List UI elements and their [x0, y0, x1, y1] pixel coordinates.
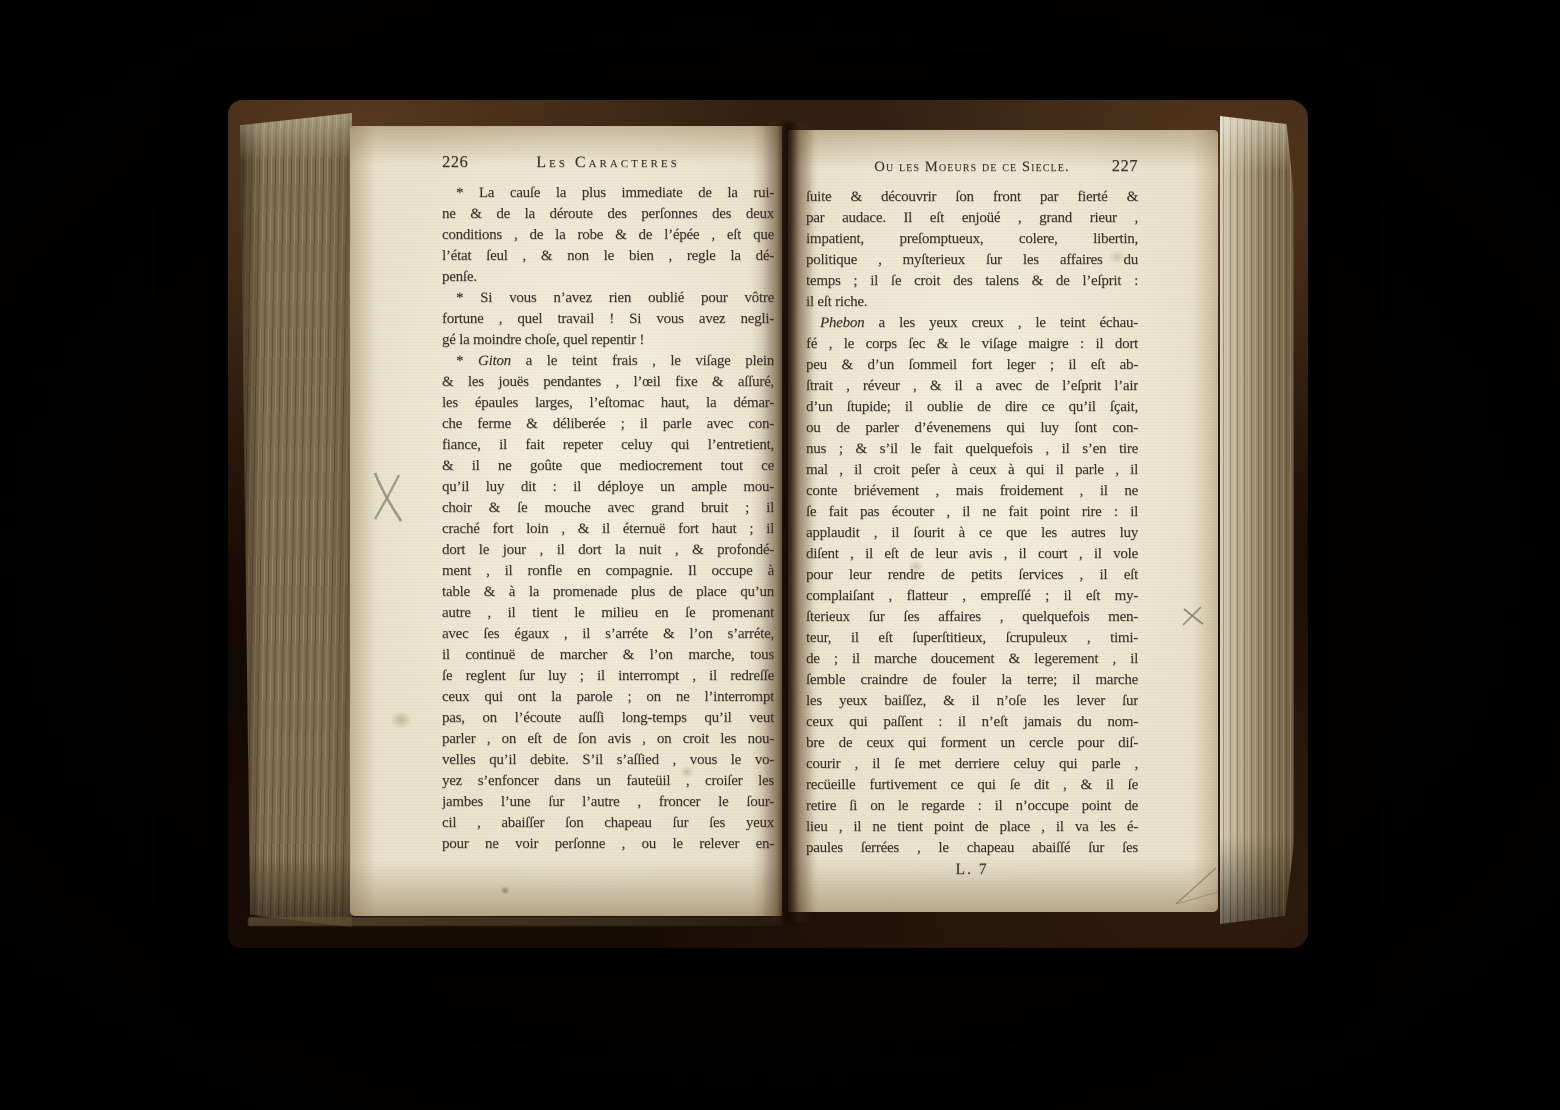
text-line: fortune , quel travail ! Si vous avez ne… [442, 309, 774, 330]
text-line: peu & d’un ſommeil fort leger ; il eſt a… [806, 355, 1138, 376]
text-line: nus ; & s’il le fait quelquefois , il s’… [806, 439, 1138, 460]
left-page-body: * La cauſe la plus immediate de la rui-n… [442, 183, 774, 855]
text-line: gé la moindre choſe, quel repentir ! [442, 330, 774, 351]
signature-mark: L. 7 [806, 859, 1138, 880]
right-page-number: 227 [1092, 156, 1138, 176]
text-line: * La cauſe la plus immediate de la rui- [442, 183, 774, 204]
text-line: conditions , de la robe & de l’épée , eſ… [442, 225, 774, 246]
right-page-body: ſuite & découvrir ſon front par fierté &… [806, 187, 1138, 859]
text-line: table & à la promenade plus de place qu’… [442, 582, 774, 603]
text-line: pour leur rendre de petits ſervices , il… [806, 565, 1138, 586]
right-running-title: Ou les Moeurs de ce Siecle. [852, 159, 1092, 176]
left-running-title: Les Caracteres [488, 154, 728, 172]
text-line: bre de ceux qui forment un cercle pour d… [806, 733, 1138, 754]
text-line: parler , on eſt de ſon avis , on croit l… [442, 729, 774, 750]
text-line: conte briévement , mais froidement , il … [806, 481, 1138, 502]
left-page-text: 226 Les Caracteres * La cauſe la plus im… [442, 152, 774, 855]
text-line: avec ſes égaux , il s’arréte & l’on s’ar… [442, 624, 774, 645]
photo-background: 226 Les Caracteres * La cauſe la plus im… [0, 0, 1560, 1110]
text-line: lieu , il ne tient point de place , il v… [806, 817, 1138, 838]
text-line: craché fort loin , & il éternuë fort hau… [442, 519, 774, 540]
text-line: ceux qui paſſent : il n’eſt jamais du no… [806, 712, 1138, 733]
text-line: temps ; il ſe croit des talens & de l’eſ… [806, 271, 1138, 292]
text-line: paules ſerrées , le chapeau abaiſſé ſur … [806, 838, 1138, 859]
text-line: cil , abaiſſer ſon chapeau ſur ſes yeux [442, 813, 774, 834]
foxing-stain [390, 711, 412, 729]
text-line: ment , il ronfle en compagnie. Il occupe… [442, 561, 774, 582]
text-line: ſterieux ſur ſes affaires , quelquefois … [806, 607, 1138, 628]
left-page-number: 226 [442, 152, 488, 172]
text-line: & les jouës pendantes , l’œil fixe & aſſ… [442, 372, 774, 393]
text-line: ſe fait pas écouter , il ne fait point r… [806, 502, 1138, 523]
text-line: complaiſant , flatteur , empreſſé ; il e… [806, 586, 1138, 607]
right-page: Ou les Moeurs de ce Siecle. 227 ſuite & … [788, 130, 1218, 912]
text-line: dort le jour , il dort la nuit , & profo… [442, 540, 774, 561]
text-line: autre , il tient le milieu en ſe promena… [442, 603, 774, 624]
text-line: ſtrait , réveur , & il a avec de l’eſpri… [806, 376, 1138, 397]
text-line: fé , le corps ſec & le viſage maigre : i… [806, 334, 1138, 355]
text-line: d’un ſtupide; il oublie de dire ce qu’il… [806, 397, 1138, 418]
text-line: retire ſi on le regarde : il n’occupe po… [806, 796, 1138, 817]
text-line: jambes l’une ſur l’autre , froncer le ſo… [442, 792, 774, 813]
text-line: yez s’enfoncer dans un fauteüil , croiſe… [442, 771, 774, 792]
left-page: 226 Les Caracteres * La cauſe la plus im… [350, 126, 782, 916]
text-line: & il ne goûte que mediocrement tout ce [442, 456, 774, 477]
text-line: il eſt riche. [806, 292, 1138, 313]
text-line: ou de parler d’évenemens qui luy ſont co… [806, 418, 1138, 439]
text-line: penſe. [442, 267, 774, 288]
text-line: les épaules larges, l’eſtomac haut, la d… [442, 393, 774, 414]
text-line: les yeux baiſſez, & il n’oſe les lever ſ… [806, 691, 1138, 712]
text-line: choir & ſe mouche avec grand bruit ; il [442, 498, 774, 519]
bottom-page-edge [248, 917, 782, 926]
foxing-stain [500, 886, 510, 895]
left-page-fore-edge [240, 113, 352, 927]
text-line: * Si vous n’avez rien oublié pour vôtre [442, 288, 774, 309]
text-line: il continuë de marcher & l’on marche, to… [442, 645, 774, 666]
text-line: fiance, il fait repeter celuy qui l’entr… [442, 435, 774, 456]
text-line: ſe reglent ſur luy ; il interrompt , il … [442, 666, 774, 687]
text-line: diſent , il eſt de leur avis , il court … [806, 544, 1138, 565]
text-line: ſuite & découvrir ſon front par fierté & [806, 187, 1138, 208]
text-line: velles qu’il debite. S’il s’aſſied , vou… [442, 750, 774, 771]
text-line: teur, il eſt ſuperſtitieux, ſcrupuleux ,… [806, 628, 1138, 649]
text-line: pour ne voir perſonne , ou le relever en… [442, 834, 774, 855]
right-page-text: Ou les Moeurs de ce Siecle. 227 ſuite & … [806, 156, 1138, 880]
text-line: applaudit , il ſourit à ce que les autre… [806, 523, 1138, 544]
text-line: pas, on l’écoute auſſi long-temps qu’il … [442, 708, 774, 729]
text-line: ſemble craindre de fouler la terre; il m… [806, 670, 1138, 691]
text-line: ne & de la déroute des perſonnes des deu… [442, 204, 774, 225]
left-running-header: 226 Les Caracteres [442, 152, 774, 176]
text-line: impatient, preſomptueux, colere, liberti… [806, 229, 1138, 250]
text-line: * Giton a le teint frais , le viſage ple… [442, 351, 774, 372]
text-line: politique , myſterieux ſur les affaires … [806, 250, 1138, 271]
right-page-fore-edge [1220, 116, 1294, 924]
text-line: qu’il luy dit : il déploye un ample mou- [442, 477, 774, 498]
text-line: de ; il marche doucement & legerement , … [806, 649, 1138, 670]
right-running-header: Ou les Moeurs de ce Siecle. 227 [806, 156, 1138, 180]
text-line: Phebon a les yeux creux , le teint échau… [806, 313, 1138, 334]
text-line: l’état ſeul , & non le bien , regle la d… [442, 246, 774, 267]
open-book: 226 Les Caracteres * La cauſe la plus im… [228, 100, 1308, 948]
text-line: ceux qui ont la parole ; on ne l’interro… [442, 687, 774, 708]
text-line: par audace. Il eſt enjoüé , grand rieur … [806, 208, 1138, 229]
text-line: che ferme & déliberée ; il parle avec co… [442, 414, 774, 435]
text-line: recüeille furtivement ce qui ſe dit , & … [806, 775, 1138, 796]
text-line: mal , il croit peſer à ceux à qui il par… [806, 460, 1138, 481]
text-line: courir , il ſe met derriere celuy qui pa… [806, 754, 1138, 775]
